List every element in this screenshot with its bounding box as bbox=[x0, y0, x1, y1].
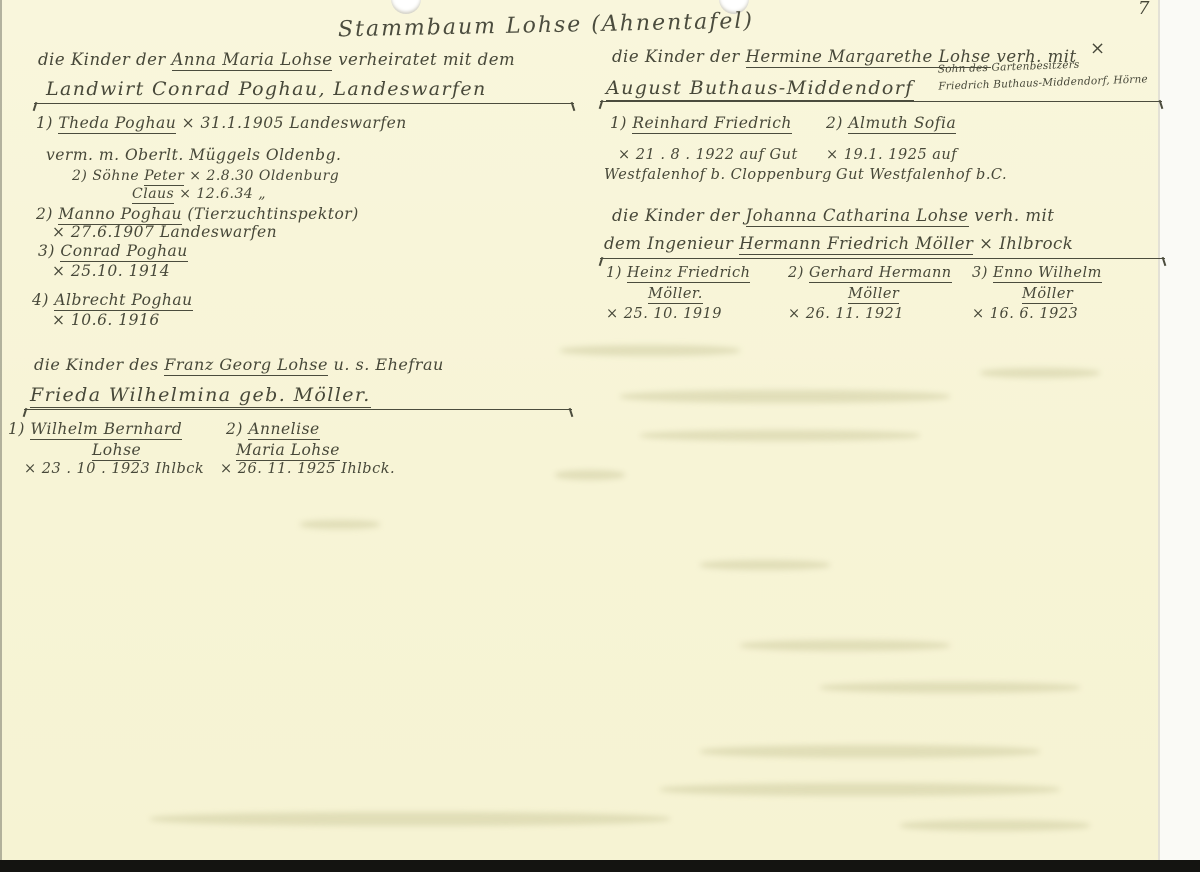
left-section1-heading-line2: Landwirt Conrad Poghau, Landeswarfen bbox=[46, 78, 487, 102]
right-s2-child2-name: 2) Gerhard Hermann bbox=[788, 264, 952, 282]
bleed-through-mark bbox=[740, 640, 950, 651]
bleed-through-mark bbox=[620, 390, 950, 403]
scanned-document-page: 7 × Stammbaum Lohse (Ahnentafel) die Kin… bbox=[0, 0, 1200, 872]
scan-right-background bbox=[1158, 0, 1200, 862]
left-entry1-sons-line2: Claus × 12.6.34 „ bbox=[132, 186, 266, 204]
bleed-through-mark bbox=[560, 345, 740, 356]
left-entry4: 4) Albrecht Poghau bbox=[32, 291, 193, 310]
left-entry3-date: × 25.10. 1914 bbox=[52, 262, 170, 281]
right-s2-child1-surname: Möller. bbox=[648, 285, 703, 303]
left-section1-heading-line1: die Kinder der Anna Maria Lohse verheira… bbox=[38, 50, 515, 71]
left-section2-heading-line2: Frieda Wilhelmina geb. Möller. bbox=[30, 384, 371, 408]
right-s2-child1-date: × 25. 10. 1919 bbox=[606, 305, 722, 323]
left-s2-child2-surname: Maria Lohse bbox=[236, 441, 340, 460]
section-underline bbox=[600, 101, 1162, 111]
left-entry2-date: × 27.6.1907 Landeswarfen bbox=[52, 223, 277, 242]
right-s1-child2-name: 2) Almuth Sofia bbox=[826, 114, 956, 133]
left-s2-child1-date: × 23 . 10 . 1923 Ihlbck bbox=[24, 460, 204, 478]
right-s2-child3-surname: Möller bbox=[1022, 285, 1073, 303]
left-s2-child1-surname: Lohse bbox=[92, 441, 141, 460]
bleed-through-mark bbox=[640, 430, 920, 441]
bleed-through-mark bbox=[555, 470, 625, 480]
bleed-through-mark bbox=[900, 820, 1090, 831]
section-underline bbox=[34, 103, 574, 113]
left-entry2: 2) Manno Poghau (Tierzuchtinspektor) bbox=[36, 205, 359, 224]
right-s1-child2-place: Gut Westfalenhof b.C. bbox=[836, 166, 1007, 184]
left-section2-heading-line1: die Kinder des Franz Georg Lohse u. s. E… bbox=[34, 355, 444, 375]
bleed-through-mark bbox=[820, 682, 1080, 693]
bleed-through-mark bbox=[150, 812, 670, 826]
right-s1-child1-date: × 21 . 8 . 1922 auf Gut bbox=[618, 146, 798, 164]
left-s2-child2-date: × 26. 11. 1925 Ihlbck. bbox=[220, 460, 395, 478]
right-s2-child1-name: 1) Heinz Friedrich bbox=[606, 264, 750, 282]
left-s2-child2-name: 2) Annelise bbox=[226, 420, 320, 439]
scan-left-edge bbox=[0, 0, 2, 862]
bleed-through-mark bbox=[700, 745, 1040, 758]
bleed-through-mark bbox=[660, 783, 1060, 796]
right-s1-child1-place: Westfalenhof b. Cloppenburg bbox=[604, 166, 832, 184]
bleed-through-mark bbox=[300, 520, 380, 529]
right-section2-heading-line1: die Kinder der Johanna Catharina Lohse v… bbox=[612, 206, 1054, 227]
right-section1-heading-line2: August Buthaus-Middendorf bbox=[606, 77, 914, 101]
left-entry1-note: verm. m. Oberlt. Müggels Oldenbg. bbox=[46, 146, 341, 165]
right-s2-child2-surname: Möller bbox=[848, 285, 899, 303]
right-s1-child2-date: × 19.1. 1925 auf bbox=[826, 146, 957, 164]
scan-bottom-background bbox=[0, 860, 1200, 872]
section-underline bbox=[24, 409, 572, 419]
right-section2-heading-line2: dem Ingenieur Hermann Friedrich Möller ×… bbox=[604, 234, 1073, 255]
page-number: 7 bbox=[1138, 0, 1150, 21]
left-entry4-date: × 10.6. 1916 bbox=[52, 311, 160, 330]
left-entry1-sons-line1: 2) Söhne Peter × 2.8.30 Oldenburg bbox=[72, 168, 339, 186]
right-s2-child3-date: × 16. 6. 1923 bbox=[972, 305, 1078, 323]
bleed-through-mark bbox=[980, 368, 1100, 378]
left-entry3: 3) Conrad Poghau bbox=[38, 242, 188, 261]
right-s2-child3-name: 3) Enno Wilhelm bbox=[972, 264, 1102, 282]
bleed-through-mark bbox=[700, 560, 830, 570]
right-s1-child1-name: 1) Reinhard Friedrich bbox=[610, 114, 792, 133]
right-s2-child2-date: × 26. 11. 1921 bbox=[788, 305, 904, 323]
left-s2-child1-name: 1) Wilhelm Bernhard bbox=[8, 420, 182, 439]
left-entry1: 1) Theda Poghau × 31.1.1905 Landeswarfen bbox=[36, 114, 407, 133]
